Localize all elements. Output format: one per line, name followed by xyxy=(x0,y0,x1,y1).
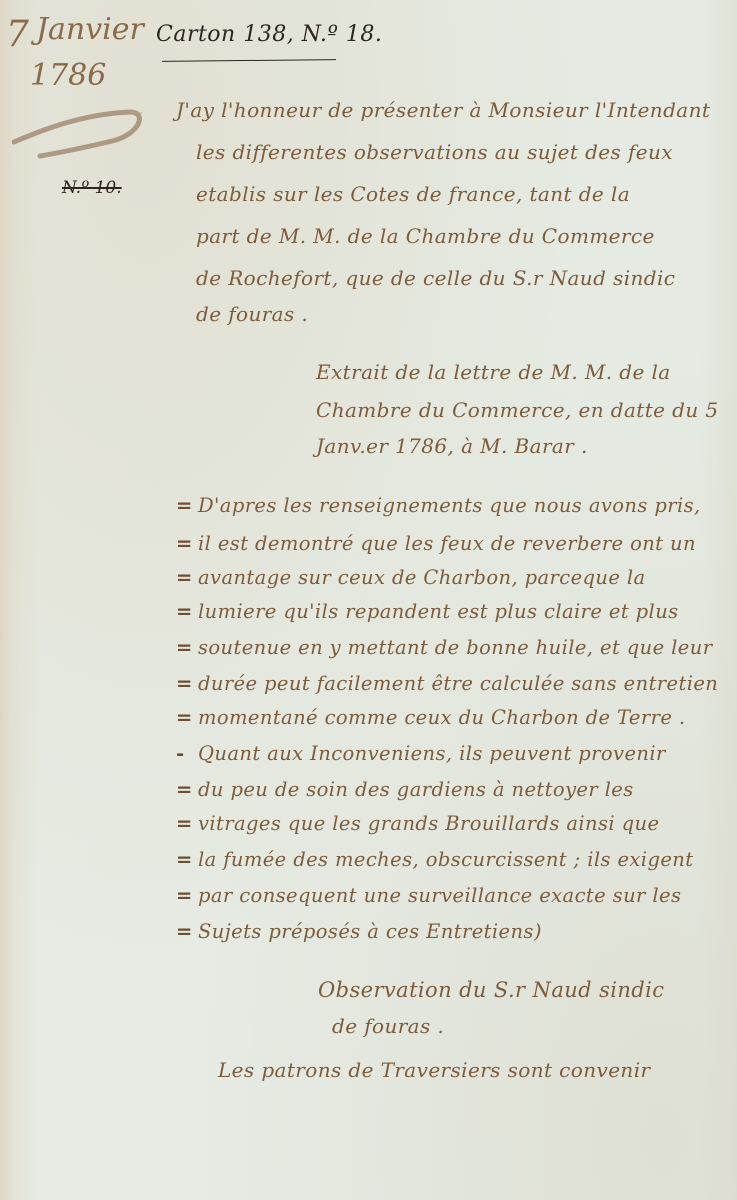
margin-date-day: 7 xyxy=(6,14,30,55)
ink-flourish-icon xyxy=(12,100,142,160)
quote-line: =Sujets préposés à ces Entretiens) xyxy=(176,920,542,943)
quote-line: =lumiere qu'ils repandent est plus clair… xyxy=(176,600,679,623)
continuation-marker: = xyxy=(176,848,198,871)
continuation-marker: = xyxy=(176,778,198,801)
continuation-marker: = xyxy=(176,532,198,555)
intro-line: de Rochefort, que de celle du S.r Naud s… xyxy=(196,266,675,290)
margin-date-month: Janvier xyxy=(36,12,144,47)
quote-line: =durée peut facilement être calculée san… xyxy=(176,672,718,695)
extract-line: Extrait de la lettre de M. M. de la xyxy=(316,360,671,384)
quote-line: =soutenue en y mettant de bonne huile, e… xyxy=(176,636,712,659)
extract-line: Janv.er 1786, à M. Barar . xyxy=(316,434,588,458)
observation-line: de fouras . xyxy=(332,1014,444,1038)
quote-line: =il est demontré que les feux de reverbe… xyxy=(176,532,696,555)
continuation-marker: = xyxy=(176,636,198,659)
continuation-marker: = xyxy=(176,494,198,517)
quote-line: =du peu de soin des gardiens à nettoyer … xyxy=(176,778,634,801)
quote-line: =vitrages que les grands Brouillards ain… xyxy=(176,812,659,835)
continuation-marker: = xyxy=(176,672,198,695)
intro-line: les differentes observations au sujet de… xyxy=(196,140,673,164)
intro-line: part de M. M. de la Chambre du Commerce xyxy=(196,224,655,248)
continuation-marker: = xyxy=(176,566,198,589)
quote-line: =la fumée des meches, obscurcissent ; il… xyxy=(176,848,693,871)
intro-line: etablis sur les Cotes de france, tant de… xyxy=(196,182,630,206)
continuation-marker: = xyxy=(176,600,198,623)
margin-date-year: 1786 xyxy=(30,58,106,93)
quote-line: -Quant aux Inconveniens, ils peuvent pro… xyxy=(176,742,666,765)
quote-line: =avantage sur ceux de Charbon, parceque … xyxy=(176,566,646,589)
intro-line: J'ay l'honneur de présenter à Monsieur l… xyxy=(176,98,710,122)
continuation-marker: = xyxy=(176,884,198,907)
quote-line: =D'apres les renseignements que nous avo… xyxy=(176,494,701,517)
extract-line: Chambre du Commerce, en datte du 5 xyxy=(316,398,719,422)
closing-line: Les patrons de Traversiers sont convenir xyxy=(218,1058,650,1082)
manuscript-page: 7 Janvier 1786 N.º 10. Carton 138, N.º 1… xyxy=(0,0,737,1200)
struck-old-number: N.º 10. xyxy=(62,178,122,198)
archive-label-underline xyxy=(162,59,336,62)
observation-line: Observation du S.r Naud sindic xyxy=(318,978,664,1002)
continuation-marker: = xyxy=(176,706,198,729)
continuation-marker: - xyxy=(176,742,198,765)
quote-line: =momentané comme ceux du Charbon de Terr… xyxy=(176,706,685,729)
intro-line: de fouras . xyxy=(196,302,308,326)
archive-carton-label: Carton 138, N.º 18. xyxy=(156,22,382,47)
continuation-marker: = xyxy=(176,920,198,943)
continuation-marker: = xyxy=(176,812,198,835)
quote-line: =par consequent une surveillance exacte … xyxy=(176,884,681,907)
